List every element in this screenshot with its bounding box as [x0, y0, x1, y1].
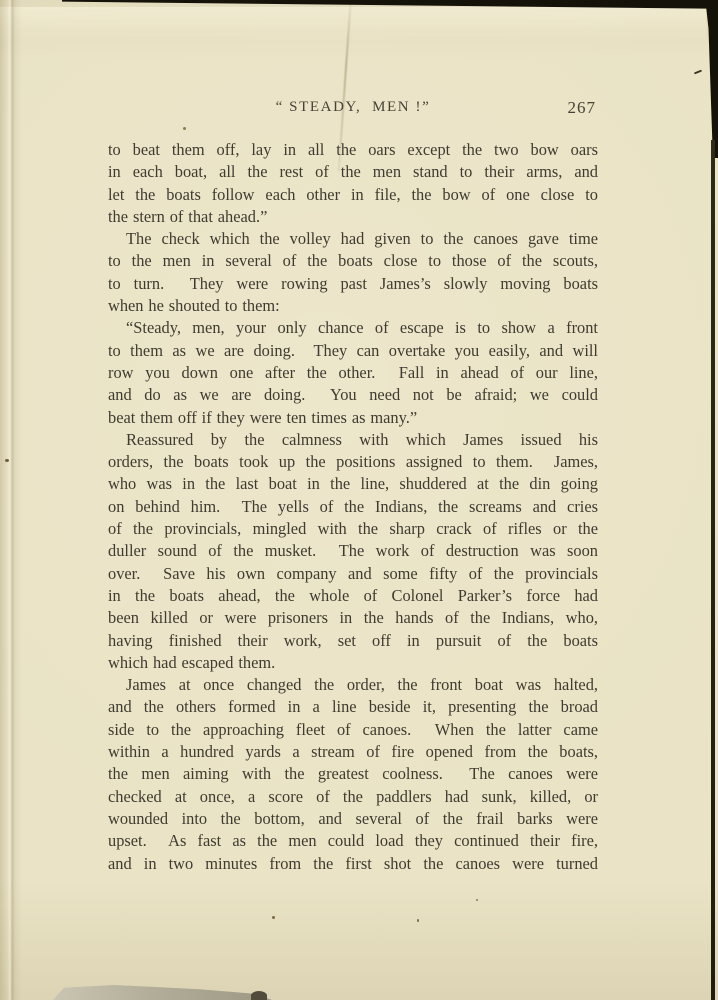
text-line: in the boats ahead, the whole of Colonel…	[108, 585, 598, 607]
text-line: within a hundred yards a stream of fire …	[108, 741, 598, 763]
text-line: and the others formed in a line beside i…	[108, 696, 598, 718]
left-binding-crease	[0, 0, 28, 1000]
text-line: on behind him. The yells of the Indians,…	[108, 496, 598, 518]
text-line: when he shouted to them:	[108, 295, 598, 317]
text-line: row you down one after the other. Fall i…	[108, 362, 598, 384]
text-line: orders, the boats took up the positions …	[108, 451, 598, 473]
text-line: and do as we are doing. You need not be …	[108, 384, 598, 406]
paragraph: Reassured by the calmness with which Jam…	[108, 429, 598, 674]
text-line: of the provincials, mingled with the sha…	[108, 518, 598, 540]
text-line: upset. As fast as the men could load the…	[108, 830, 598, 852]
paper-speck	[417, 919, 419, 922]
text-line: wounded into the bottom, and several of …	[108, 808, 598, 830]
text-line: checked at once, a score of the paddlers…	[108, 786, 598, 808]
text-line: in each boat, all the rest of the men st…	[108, 161, 598, 183]
text-line: over. Save his own company and some fift…	[108, 563, 598, 585]
text-line: been killed or were prisoners in the han…	[108, 607, 598, 629]
text-line: which had escaped them.	[108, 652, 598, 674]
chapter-running-title: “ STEADY, MEN !”	[108, 99, 598, 116]
text-line: to the men in several of the boats close…	[108, 250, 598, 272]
page-right-edge-shadow	[711, 140, 715, 1000]
running-header: “ STEADY, MEN !” 267	[108, 99, 598, 119]
text-line: who was in the last boat in the line, sh…	[108, 473, 598, 495]
text-line: to beat them off, lay in all the oars ex…	[108, 139, 598, 161]
page-number: 267	[568, 98, 597, 118]
text-line: Reassured by the calmness with which Jam…	[108, 429, 598, 451]
paper-speck	[5, 459, 9, 462]
text-line: James at once changed the order, the fro…	[108, 674, 598, 696]
book-scan: “ STEADY, MEN !” 267 to beat them off, l…	[0, 0, 718, 1000]
text-line: to turn. They were rowing past James’s s…	[108, 273, 598, 295]
text-line: duller sound of the musket. The work of …	[108, 540, 598, 562]
paragraph: The check which the volley had given to …	[108, 228, 598, 317]
text-line: the stern of that ahead.”	[108, 206, 598, 228]
text-line: beat them off if they were ten times as …	[108, 407, 598, 429]
under-pages-bottom-shadow	[251, 991, 267, 1000]
text-line: to them as we are doing. They can overta…	[108, 340, 598, 362]
paragraph: “Steady, men, your only chance of escape…	[108, 317, 598, 428]
book-page: “ STEADY, MEN !” 267 to beat them off, l…	[0, 0, 718, 1000]
text-line: The check which the volley had given to …	[108, 228, 598, 250]
text-line: and in two minutes from the first shot t…	[108, 853, 598, 875]
text-line: let the boats follow each other in file,…	[108, 184, 598, 206]
paragraph: James at once changed the order, the fro…	[108, 674, 598, 875]
text-line: having finished their work, set off in p…	[108, 630, 598, 652]
under-page-top-edge	[0, 7, 706, 46]
text-line: side to the approaching fleet of canoes.…	[108, 719, 598, 741]
paragraph: to beat them off, lay in all the oars ex…	[108, 139, 598, 228]
paper-speck	[183, 127, 186, 130]
paper-speck	[272, 916, 275, 919]
text-line: “Steady, men, your only chance of escape…	[108, 317, 598, 339]
text-line: the men aiming with the greatest coolnes…	[108, 763, 598, 785]
paper-speck	[476, 899, 478, 901]
body-text: to beat them off, lay in all the oars ex…	[108, 139, 598, 875]
